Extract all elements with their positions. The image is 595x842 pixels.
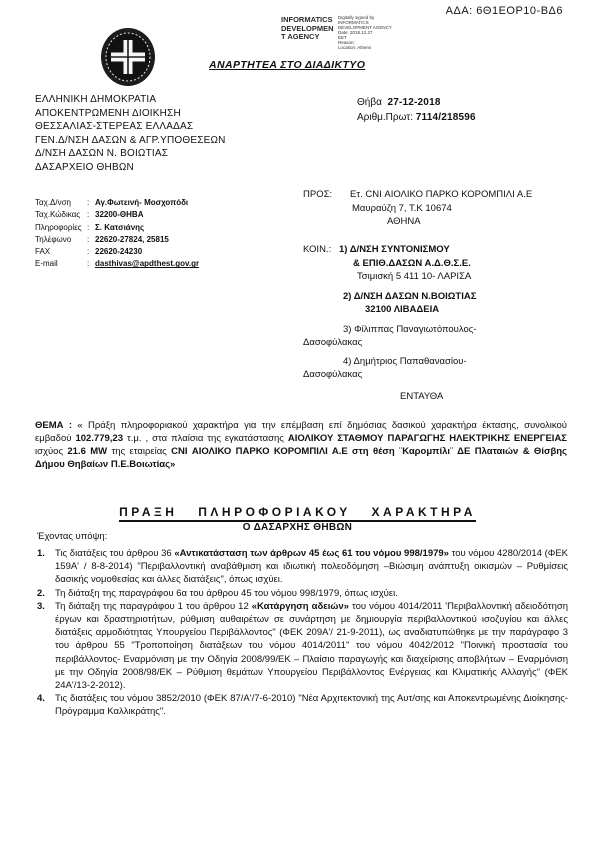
act-title: ΠΡΑΞΗ ΠΛΗΡΟΦΟΡΙΑΚΟΥ ΧΑΡΑΚΤΗΡΑ bbox=[0, 505, 595, 519]
cc-line: 2) Δ/ΝΣΗ ΔΑΣΩΝ Ν.ΒΟΙΩΤΙΑΣ bbox=[343, 290, 583, 304]
recipient-line: Ετ. CNI ΑΙΟΛΙΚΟ ΠΑΡΚΟ ΚΟΡΟΜΠΙΛΙ Α.Ε bbox=[350, 188, 532, 202]
list-item-number: 1. bbox=[37, 547, 55, 587]
cc-line: 4) Δημήτριος Παπαθανασίου- bbox=[343, 355, 583, 369]
list-item-text: Τη διάταξη της παραγράφου 1 του άρθρου 1… bbox=[55, 600, 568, 692]
list-item: 1. Τις διατάξεις του άρθρου 36 «Αντικατά… bbox=[37, 547, 568, 587]
header-line: Δ/ΝΣΗ ΔΑΣΩΝ Ν. ΒΟΙΩΤΙΑΣ bbox=[35, 147, 226, 161]
list-item-number: 4. bbox=[37, 692, 55, 718]
list-item-number: 3. bbox=[37, 600, 55, 692]
contact-row-email: E-mail:dasthivas@apdthest.gov.gr bbox=[35, 258, 199, 270]
list-item-text: Τις διατάξεις του άρθρου 36 «Αντικατάστα… bbox=[55, 547, 568, 587]
contact-row: Ταχ.Δ/νση:Αγ.Φωτεινή- Μοσχοπόδι bbox=[35, 197, 199, 209]
header-line: ΘΕΣΣΑΛΙΑΣ-ΣΤΕΡΕΑΣ ΕΛΛΑΔΑΣ bbox=[35, 120, 226, 134]
cc-line: 32100 ΛΙΒΑΔΕΙΑ bbox=[365, 303, 583, 317]
koin-label: ΚΟΙΝ.: bbox=[303, 243, 339, 257]
protocol-number-row: Αριθμ.Πρωτ: 7114/218596 bbox=[357, 111, 476, 126]
ada-code: ΑΔΑ: 6Θ1ΕΟΡ10-ΒΔ6 bbox=[446, 5, 563, 17]
subject-text: « Πράξη πληροφοριακού χαρακτήρα για την … bbox=[35, 420, 567, 470]
greek-coat-of-arms-icon bbox=[99, 27, 157, 88]
header-line: ΔΑΣΑΡΧΕΙΟ ΘΗΒΩΝ bbox=[35, 161, 226, 175]
list-item: 3. Τη διάταξη της παραγράφου 1 του άρθρο… bbox=[37, 600, 568, 692]
contact-row: Τηλέφωνο:22620-27824, 25815 bbox=[35, 234, 199, 246]
protocol-number: 7114/218596 bbox=[416, 112, 476, 123]
cc-line: Δασοφύλακας bbox=[303, 336, 583, 350]
stamp-sig-line: Location: Athens bbox=[338, 45, 418, 50]
cc-line: Τσιμισκή 5 411 10- ΛΑΡΙΣΑ bbox=[357, 270, 583, 284]
contact-row: Ταχ.Κώδικας:32200-ΘΗΒΑ bbox=[35, 209, 199, 221]
list-item-text: Τη διάταξη της παραγράφου 6α του άρθρου … bbox=[55, 587, 568, 600]
cc-line: Δασοφύλακας bbox=[303, 368, 583, 382]
publication-banner: ΑΝΑΡΤΗΤΕΑ ΣΤΟ ΔΙΑΔΙΚΤΥΟ bbox=[209, 59, 365, 71]
digital-signature-agency: INFORMATICS DEVELOPMEN T AGENCY bbox=[281, 16, 339, 42]
contact-info: Ταχ.Δ/νση:Αγ.Φωτεινή- Μοσχοπόδι Ταχ.Κώδι… bbox=[35, 197, 199, 271]
agency-header: ΕΛΛΗΝΙΚΗ ΔΗΜΟΚΡΑΤΙΑ ΑΠΟΚΕΝΤΡΩΜΕΝΗ ΔΙΟΙΚΗ… bbox=[35, 93, 226, 174]
list-item-number: 2. bbox=[37, 587, 55, 600]
header-line: ΕΛΛΗΝΙΚΗ ΔΗΜΟΚΡΑΤΙΑ bbox=[35, 93, 226, 107]
entautha-label: ΕΝΤΑΥΘΑ bbox=[400, 390, 583, 404]
email-link[interactable]: dasthivas@apdthest.gov.gr bbox=[95, 258, 199, 270]
contact-row: Πληροφορίες:Σ. Κατσιάνης bbox=[35, 222, 199, 234]
document-page: ΑΔΑ: 6Θ1ΕΟΡ10-ΒΔ6 INFORMATICS DEVELOPMEN… bbox=[0, 0, 595, 842]
list-item-text: Τις διατάξεις του νόμου 3852/2010 (ΦΕΚ 8… bbox=[55, 692, 568, 718]
recipient-line: ΑΘΗΝΑ bbox=[387, 215, 578, 229]
header-line: ΓΕΝ.Δ/ΝΣΗ ΔΑΣΩΝ & ΑΓΡ.ΥΠΟΘΕΣΕΩΝ bbox=[35, 134, 226, 148]
subject-label: ΘΕΜΑ : bbox=[35, 420, 72, 431]
subject-paragraph: ΘΕΜΑ : « Πράξη πληροφοριακού χαρακτήρα γ… bbox=[35, 419, 567, 471]
contact-row: FAX:22620-24230 bbox=[35, 246, 199, 258]
document-date: 27-12-2018 bbox=[387, 97, 440, 108]
cc-line: & ΕΠΙΘ.ΔΑΣΩΝ Α.Δ.Θ.Σ.Ε. bbox=[353, 257, 583, 271]
stamp-agency-line: T AGENCY bbox=[281, 33, 339, 42]
header-line: ΑΠΟΚΕΝΤΡΩΜΕΝΗ ΔΙΟΙΚΗΣΗ bbox=[35, 107, 226, 121]
cc-line: 3) Φίλιππας Παναγιωτόπουλος- bbox=[343, 323, 583, 337]
cc-line: 1) Δ/ΝΣΗ ΣΥΝΤΟΝΙΣΜΟΥ bbox=[339, 243, 450, 257]
digital-signature-details: Digitally signed by INFORMATICS DEVELOPM… bbox=[338, 15, 418, 50]
having-regard-label: Έχοντας υπόψη: bbox=[37, 531, 107, 542]
pros-label: ΠΡΟΣ: bbox=[303, 188, 350, 202]
recipient-line: Μαυραύζη 7, Τ.Κ 10674 bbox=[352, 202, 578, 216]
place-date: Θήβα 27-12-2018 bbox=[357, 96, 476, 111]
legal-basis-list: 1. Τις διατάξεις του άρθρου 36 «Αντικατά… bbox=[37, 547, 568, 719]
recipient-block: ΠΡΟΣ: Ετ. CNI ΑΙΟΛΙΚΟ ΠΑΡΚΟ ΚΟΡΟΜΠΙΛΙ Α.… bbox=[303, 188, 578, 229]
protocol-block: Θήβα 27-12-2018 Αριθμ.Πρωτ: 7114/218596 bbox=[357, 96, 476, 125]
list-item: 4. Τις διατάξεις του νόμου 3852/2010 (ΦΕ… bbox=[37, 692, 568, 718]
cc-block: ΚΟΙΝ.: 1) Δ/ΝΣΗ ΣΥΝΤΟΝΙΣΜΟΥ & ΕΠΙΘ.ΔΑΣΩΝ… bbox=[303, 243, 583, 403]
list-item: 2. Τη διάταξη της παραγράφου 6α του άρθρ… bbox=[37, 587, 568, 600]
